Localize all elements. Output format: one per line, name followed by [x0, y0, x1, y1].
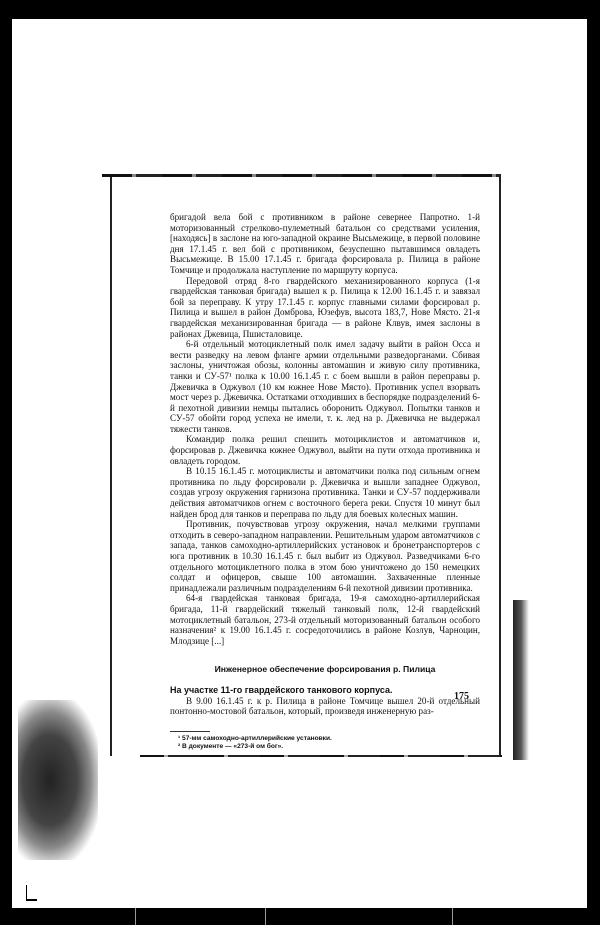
page-right-shadow: [513, 600, 529, 760]
scan-scratch: [452, 908, 453, 925]
page-left-edge: [110, 176, 112, 756]
section-heading: Инженерное обеспечение форсирования р. П…: [170, 664, 480, 675]
crop-corner-mark: [26, 885, 37, 901]
footnote-divider: [170, 731, 210, 732]
subsection-heading: На участке 11-го гвардейского танкового …: [170, 685, 480, 696]
paragraph: Передовой отряд 8-го гвардейского механи…: [170, 276, 480, 340]
paragraph: Командир полка решил спешить мотоциклист…: [170, 434, 480, 466]
page-right-edge: [499, 174, 501, 757]
paragraph: В 10.15 16.1.45 г. мотоциклисты и автома…: [170, 466, 480, 519]
scan-scratch: [265, 908, 266, 925]
scan-scratch: [135, 908, 136, 925]
footnote: ¹ 57-мм самоходно-артиллерийские установ…: [178, 735, 480, 743]
paragraph: бригадой вела бой с противником в районе…: [170, 212, 480, 276]
page-number: 175: [454, 691, 469, 702]
paragraph: В 9.00 16.1.45 г. к р. Пилица в районе Т…: [170, 696, 480, 717]
scan-smudge: [18, 700, 98, 860]
page-top-edge: [102, 174, 500, 177]
paragraph: 6-й отдельный мотоциклетный полк имел за…: [170, 339, 480, 434]
footnotes: ¹ 57-мм самоходно-артиллерийские установ…: [170, 735, 480, 751]
paragraph: 64-я гвардейская танковая бригада, 19-я …: [170, 593, 480, 646]
footnote: ² В документе — «273-й ом бог».: [178, 743, 480, 751]
paragraph: Противник, почувствовав угрозу окружения…: [170, 519, 480, 593]
page-bottom-edge: [140, 755, 502, 757]
page-body: бригадой вела бой с противником в районе…: [170, 212, 480, 751]
